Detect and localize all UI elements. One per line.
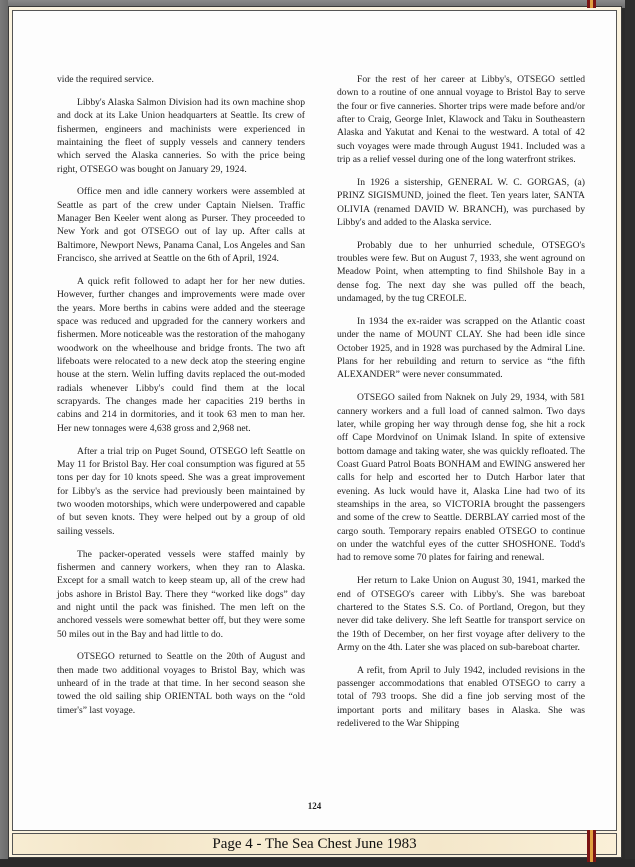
paragraph: In 1934 the ex-raider was scrapped on th… xyxy=(337,315,585,382)
caption-bar: Page 4 - The Sea Chest June 1983 xyxy=(12,833,617,855)
paragraph: vide the required service. xyxy=(57,73,305,86)
paragraph: Probably due to her unhurried schedule, … xyxy=(337,239,585,306)
paragraph: A quick refit followed to adapt her for … xyxy=(57,275,305,435)
paragraph: The packer-operated vessels were staffed… xyxy=(57,548,305,641)
window-bevel-bottom xyxy=(0,859,635,867)
paragraph: OTSEGO sailed from Naknek on July 29, 19… xyxy=(337,391,585,564)
paragraph: After a trial trip on Puget Sound, OTSEG… xyxy=(57,445,305,538)
paragraph: For the rest of her career at Libby's, O… xyxy=(337,73,585,166)
ribbon-decoration-top xyxy=(587,0,596,8)
page-caption: Page 4 - The Sea Chest June 1983 xyxy=(212,836,416,853)
window-bevel-left xyxy=(0,0,8,860)
scanned-page: vide the required service. Libby's Alask… xyxy=(12,10,617,831)
right-column: For the rest of her career at Libby's, O… xyxy=(337,73,585,740)
paragraph: Libby's Alaska Salmon Division had its o… xyxy=(57,96,305,176)
paragraph: In 1926 a sistership, GENERAL W. C. GORG… xyxy=(337,176,585,229)
page-number: 124 xyxy=(13,801,616,811)
paragraph: OTSEGO returned to Seattle on the 20th o… xyxy=(57,650,305,717)
paragraph: A refit, from April to July 1942, includ… xyxy=(337,664,585,731)
paragraph: Her return to Lake Union on August 30, 1… xyxy=(337,574,585,654)
scan-area: vide the required service. Libby's Alask… xyxy=(13,11,616,830)
page-frame: vide the required service. Libby's Alask… xyxy=(8,6,622,858)
paragraph: Office men and idle cannery workers were… xyxy=(57,185,305,265)
window-bevel-right xyxy=(625,0,635,867)
ribbon-decoration-bottom xyxy=(587,830,596,862)
left-column: vide the required service. Libby's Alask… xyxy=(57,73,305,727)
